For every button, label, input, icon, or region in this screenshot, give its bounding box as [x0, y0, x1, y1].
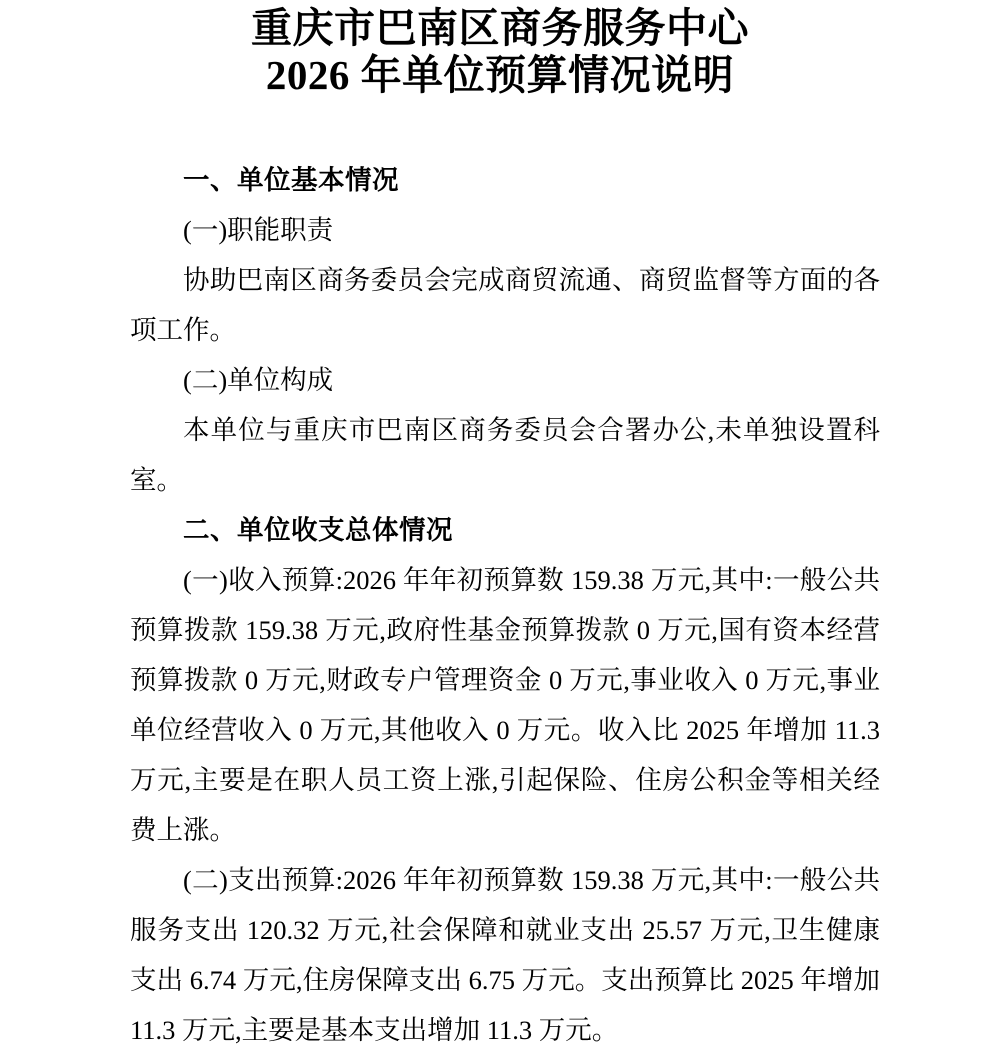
document-title-line2: 2026 年单位预算情况说明: [0, 52, 1000, 99]
document-title-line1: 重庆市巴南区商务服务中心: [0, 5, 1000, 52]
document-body: 一、单位基本情况 (一)职能职责 协助巴南区商务委员会完成商贸流通、商贸监督等方…: [130, 155, 880, 1052]
section-2-expenditure-paragraph: (二)支出预算:2026 年年初预算数 159.38 万元,其中:一般公共服务支…: [130, 855, 880, 1052]
section-1-2-subheading: (二)单位构成: [130, 355, 880, 405]
section-1-2-paragraph: 本单位与重庆市巴南区商务委员会合署办公,未单独设置科室。: [130, 405, 880, 505]
section-2-heading: 二、单位收支总体情况: [130, 505, 880, 555]
section-2-income-paragraph: (一)收入预算:2026 年年初预算数 159.38 万元,其中:一般公共预算拨…: [130, 555, 880, 855]
document-page: 重庆市巴南区商务服务中心 2026 年单位预算情况说明 一、单位基本情况 (一)…: [0, 0, 1000, 1052]
section-1-heading: 一、单位基本情况: [130, 155, 880, 205]
section-1-1-subheading: (一)职能职责: [130, 205, 880, 255]
document-title: 重庆市巴南区商务服务中心 2026 年单位预算情况说明: [0, 0, 1000, 99]
section-1-1-paragraph: 协助巴南区商务委员会完成商贸流通、商贸监督等方面的各项工作。: [130, 255, 880, 355]
